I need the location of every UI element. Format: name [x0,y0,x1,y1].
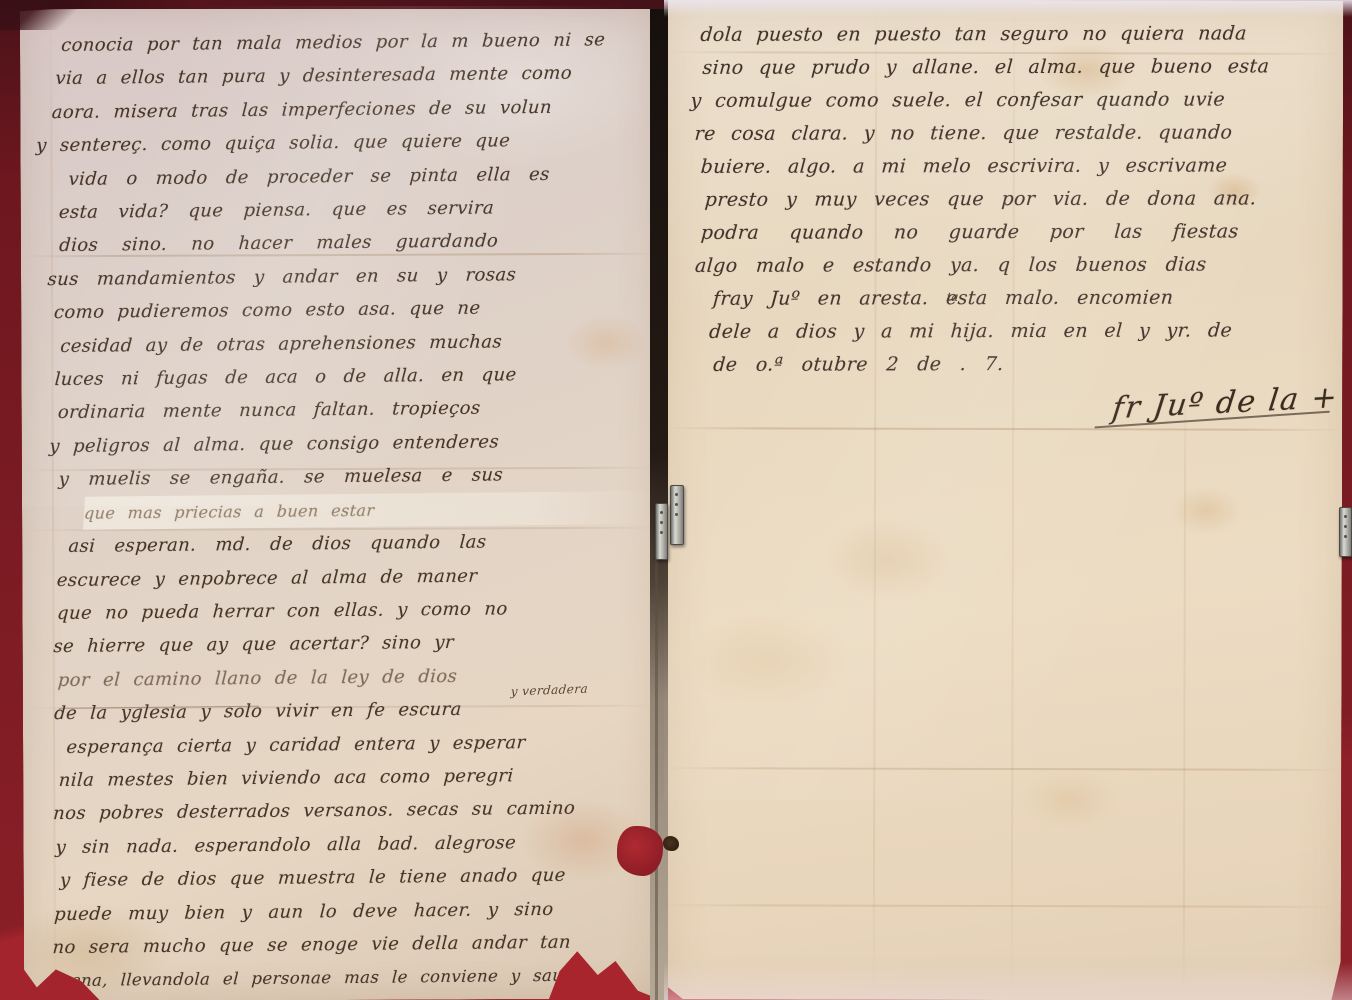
left-page-text: conocia por tan mala medios por la m bue… [51,23,656,998]
handwriting-line: y comulgue como suele. el confesar quand… [689,83,1331,118]
right-page: dola puesto en puesto tan seguro no quie… [663,0,1344,1000]
handwriting-line: de la yglesia y solo vivir en fe escura [53,691,654,731]
handwriting-line: podra quando no guarde por las fiestas [700,215,1332,250]
handwriting-line: y fiese de dios que muestra le tiene ana… [59,858,656,898]
fold-crease [663,767,1341,771]
left-page: conocia por tan mala medios por la m bue… [20,5,660,1000]
handwriting-line: sino que prudo y allane. el alma. que bu… [701,50,1331,85]
superscript-insertion: ta [946,290,959,304]
handwriting-line: dola puesto en puesto tan seguro no quie… [699,17,1331,52]
handwriting-line: asi esperan. md. de dios quando las [67,524,652,564]
metal-clip [670,485,684,545]
handwriting-line: buiere. algo. a mi melo escrivira. y esc… [700,149,1332,184]
frame-top-edge [0,0,668,9]
glass-edge-reflection [664,0,1352,17]
glass-divider-line [655,560,658,1000]
handwriting-line: fray Juº en aresta. esta malo. encomien [712,281,1332,316]
handwriting-line: algo malo e estando ya. q los buenos dia… [694,248,1332,283]
wax-seal-remnant [617,826,663,876]
handwriting-line: dele a dios y a mi hija. mia en el y yr.… [708,314,1332,349]
metal-clip [655,503,668,560]
handwriting-line: re cosa clara. y no tiene. que restalde.… [694,116,1332,151]
glass-edge-reflection [664,962,1352,1000]
dark-spot [663,836,679,851]
right-page-text: dola puesto en puesto tan seguro no quie… [700,17,1331,382]
fold-crease [663,904,1341,908]
fold-crease [664,427,1342,431]
handwriting-line: buena, llevandola el personae mas le con… [48,958,657,998]
manuscript-photo: conocia por tan mala medios por la m bue… [0,0,1352,1000]
handwriting-line: de o.ª otubre 2 de . 7. [712,347,1332,382]
metal-clip [1339,507,1352,557]
handwriting-line: presto y muy veces que por via. de dona … [704,182,1332,217]
frame-corner [0,0,96,30]
